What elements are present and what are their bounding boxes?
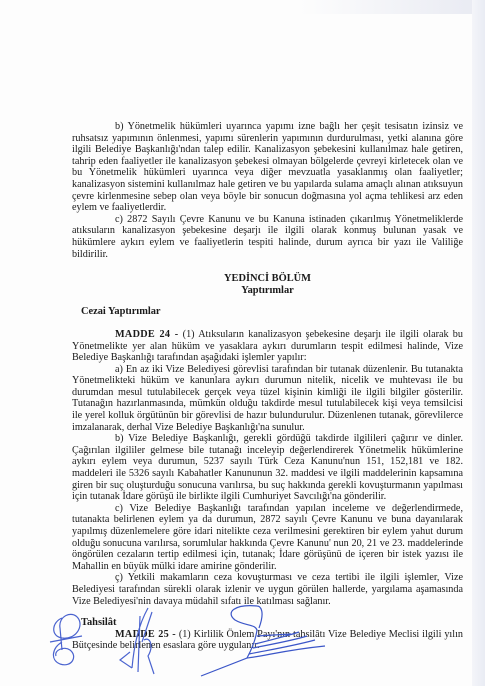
madde-24-label: MADDE 24 - xyxy=(115,329,178,340)
paragraph-c: c) 2872 Sayılı Çevre Kanunu ve bu Kanuna… xyxy=(72,214,463,260)
signature-block xyxy=(40,600,485,686)
scan-edge-shadow-top xyxy=(300,0,485,14)
cezai-heading: Cezai Yaptırımlar xyxy=(81,306,463,318)
document-page: b) Yönetmelik hükümleri uyarınca yapımı … xyxy=(0,0,485,686)
madde-24-item-a: a) En az iki Vize Belediyesi görevlisi t… xyxy=(72,364,463,434)
paragraph-b: b) Yönetmelik hükümleri uyarınca yapımı … xyxy=(72,121,463,214)
scan-edge-shadow-right xyxy=(472,0,485,686)
section-subtitle: Yaptırımlar xyxy=(72,285,463,297)
document-body: b) Yönetmelik hükümleri uyarınca yapımı … xyxy=(72,121,463,652)
signature-2-icon xyxy=(118,606,162,678)
madde-24-intro: MADDE 24 - (1) Atıksuların kanalizasyon … xyxy=(72,329,463,364)
signature-1-icon xyxy=(48,612,98,676)
madde-24-item-b: b) Vize Belediye Başkanlığı, gerekli gör… xyxy=(72,433,463,503)
section-title: YEDİNCİ BÖLÜM xyxy=(72,273,463,285)
signature-3-icon xyxy=(195,602,345,682)
madde-24-item-c: c) Vize Belediye Başkanlığı tarafından y… xyxy=(72,503,463,573)
